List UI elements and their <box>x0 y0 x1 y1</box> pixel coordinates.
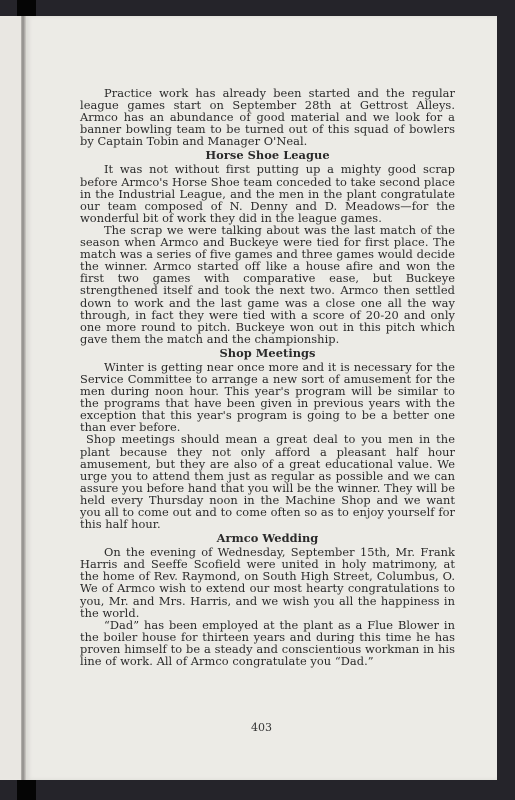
page-number: 403 <box>26 721 497 734</box>
paragraph-dad: “Dad” has been employed at the plant as … <box>80 619 455 667</box>
heading-shop-meetings: Shop Meetings <box>80 347 455 360</box>
paragraph-shop-meetings-2: Shop meetings should mean a great deal t… <box>80 433 455 530</box>
paragraph-horse-shoe-2: The scrap we were talking about was the … <box>80 224 455 345</box>
scan-edge-top <box>17 0 36 16</box>
heading-horse-shoe-league: Horse Shoe League <box>80 149 455 162</box>
paragraph-wedding: On the evening of Wednesday, September 1… <box>80 546 455 619</box>
heading-armco-wedding: Armco Wedding <box>80 532 455 545</box>
facing-page-edge <box>0 16 21 780</box>
page-body: Practice work has already been started a… <box>80 87 455 667</box>
paragraph-bowling: Practice work has already been started a… <box>80 87 455 147</box>
book-page: Practice work has already been started a… <box>26 16 497 780</box>
paragraph-shop-meetings-1: Winter is getting near once more and it … <box>80 361 455 434</box>
paragraph-horse-shoe-1: It was not without first putting up a mi… <box>80 163 455 223</box>
scan-edge-bottom <box>17 780 36 800</box>
